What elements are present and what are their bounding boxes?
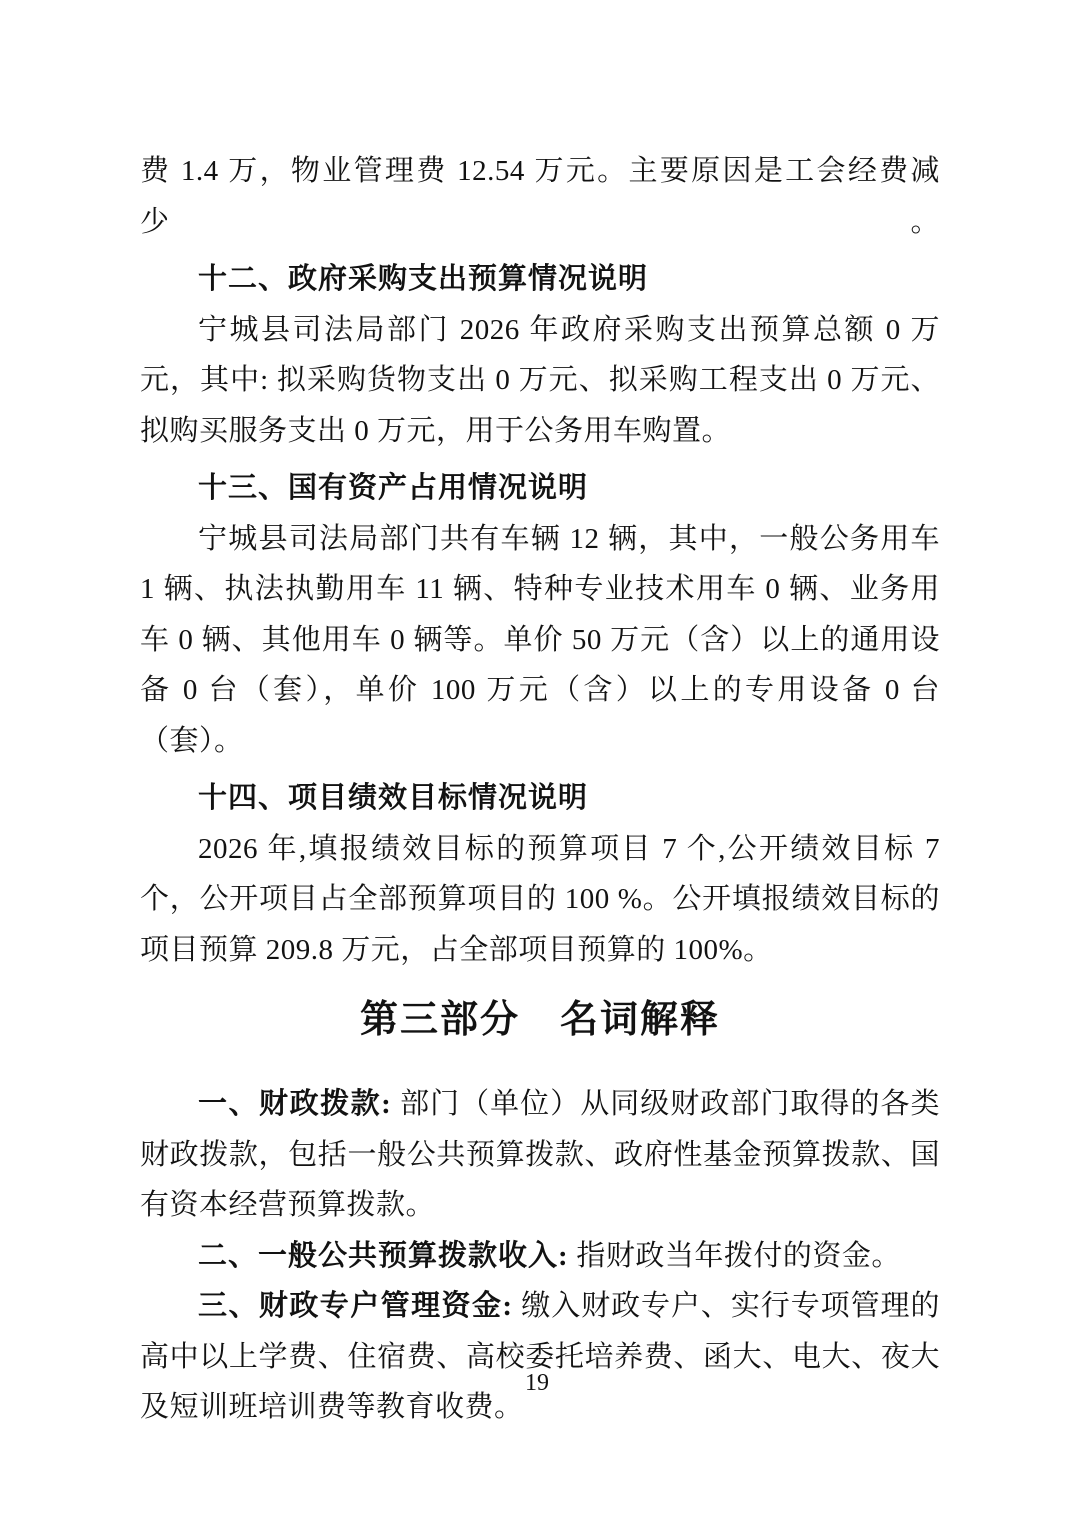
term-paragraph-3: 三、财政专户管理资金: 缴入财政专户、实行专项管理的高中以上学费、住宿费、高校委…: [140, 1281, 940, 1433]
section-body-13: 宁城县司法局部门共有车辆 12 辆，其中，一般公务用车 1 辆、执法执勤用车 1…: [140, 514, 940, 767]
section-body-14: 2026 年,填报绩效目标的预算项目 7 个,公开绩效目标 7 个，公开项目占全…: [140, 824, 940, 976]
section-heading-13: 十三、国有资产占用情况说明: [140, 463, 940, 514]
term-label-2: 二、一般公共预算拨款收入:: [198, 1240, 569, 1272]
term-text-2: 指财政当年拨付的资金。: [569, 1240, 901, 1272]
part-title: 第三部分 名词解释: [140, 992, 940, 1048]
section-heading-12: 十二、政府采购支出预算情况说明: [140, 254, 940, 305]
page-number: 19: [0, 1368, 1074, 1398]
section-heading-14: 十四、项目绩效目标情况说明: [140, 773, 940, 824]
term-paragraph-2: 二、一般公共预算拨款收入: 指财政当年拨付的资金。: [140, 1231, 940, 1282]
term-paragraph-1: 一、财政拨款: 部门（单位）从同级财政部门取得的各类财政拨款，包括一般公共预算拨…: [140, 1079, 940, 1231]
term-label-1: 一、财政拨款:: [198, 1088, 392, 1120]
page-content: 费 1.4 万，物业管理费 12.54 万元。主要原因是工会经费减少。 十二、政…: [140, 146, 940, 1433]
term-label-3: 三、财政专户管理资金:: [198, 1290, 513, 1322]
document-page: 费 1.4 万，物业管理费 12.54 万元。主要原因是工会经费减少。 十二、政…: [0, 0, 1074, 1520]
paragraph-continuation: 费 1.4 万，物业管理费 12.54 万元。主要原因是工会经费减少。: [140, 146, 940, 247]
section-body-12: 宁城县司法局部门 2026 年政府采购支出预算总额 0 万元，其中: 拟采购货物…: [140, 305, 940, 457]
